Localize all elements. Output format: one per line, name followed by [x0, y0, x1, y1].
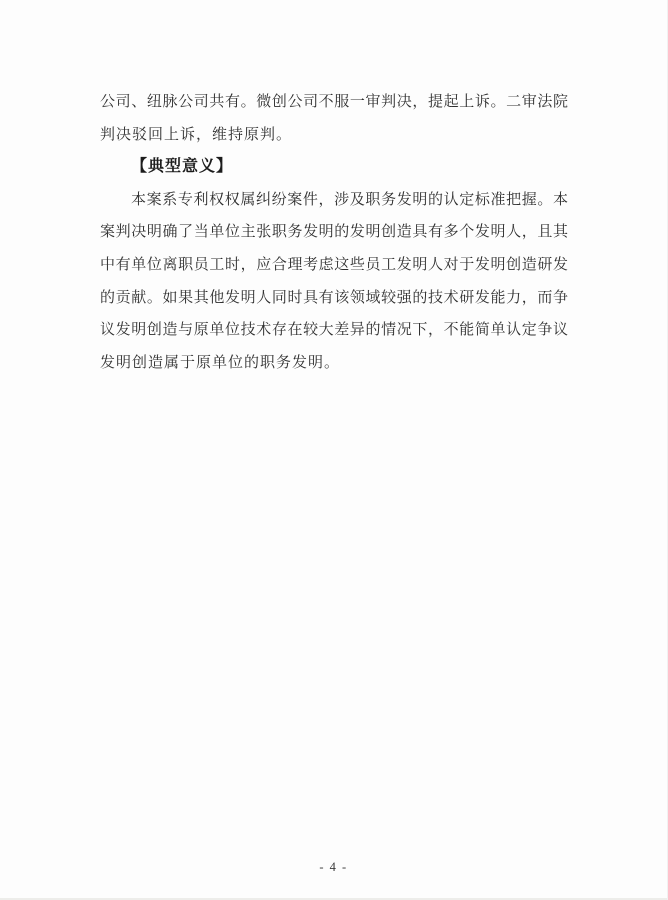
body-line: 案判决明确了当单位主张职务发明的发明创造具有多个发明人，且其	[100, 216, 568, 249]
body-line: 发明创造属于原单位的职务发明。	[100, 347, 568, 380]
page-number: - 4 -	[0, 860, 667, 875]
body-line: 判决驳回上诉，维持原判。	[100, 119, 568, 152]
section-heading-typical-significance: 【典型意义】	[100, 151, 568, 184]
body-line: 中有单位离职员工时，应合理考虑这些员工发明人对于发明创造研发	[100, 249, 568, 282]
document-page: 公司、纽脉公司共有。微创公司不服一审判决，提起上诉。二审法院 判决驳回上诉，维持…	[0, 0, 668, 900]
body-line: 的贡献。如果其他发明人同时具有该领域较强的技术研发能力，而争	[100, 282, 568, 315]
body-line: 议发明创造与原单位技术存在较大差异的情况下，不能简单认定争议	[100, 314, 568, 347]
document-body: 公司、纽脉公司共有。微创公司不服一审判决，提起上诉。二审法院 判决驳回上诉，维持…	[100, 86, 568, 379]
body-line: 公司、纽脉公司共有。微创公司不服一审判决，提起上诉。二审法院	[100, 86, 568, 119]
body-line: 本案系专利权权属纠纷案件，涉及职务发明的认定标准把握。本	[100, 184, 568, 217]
